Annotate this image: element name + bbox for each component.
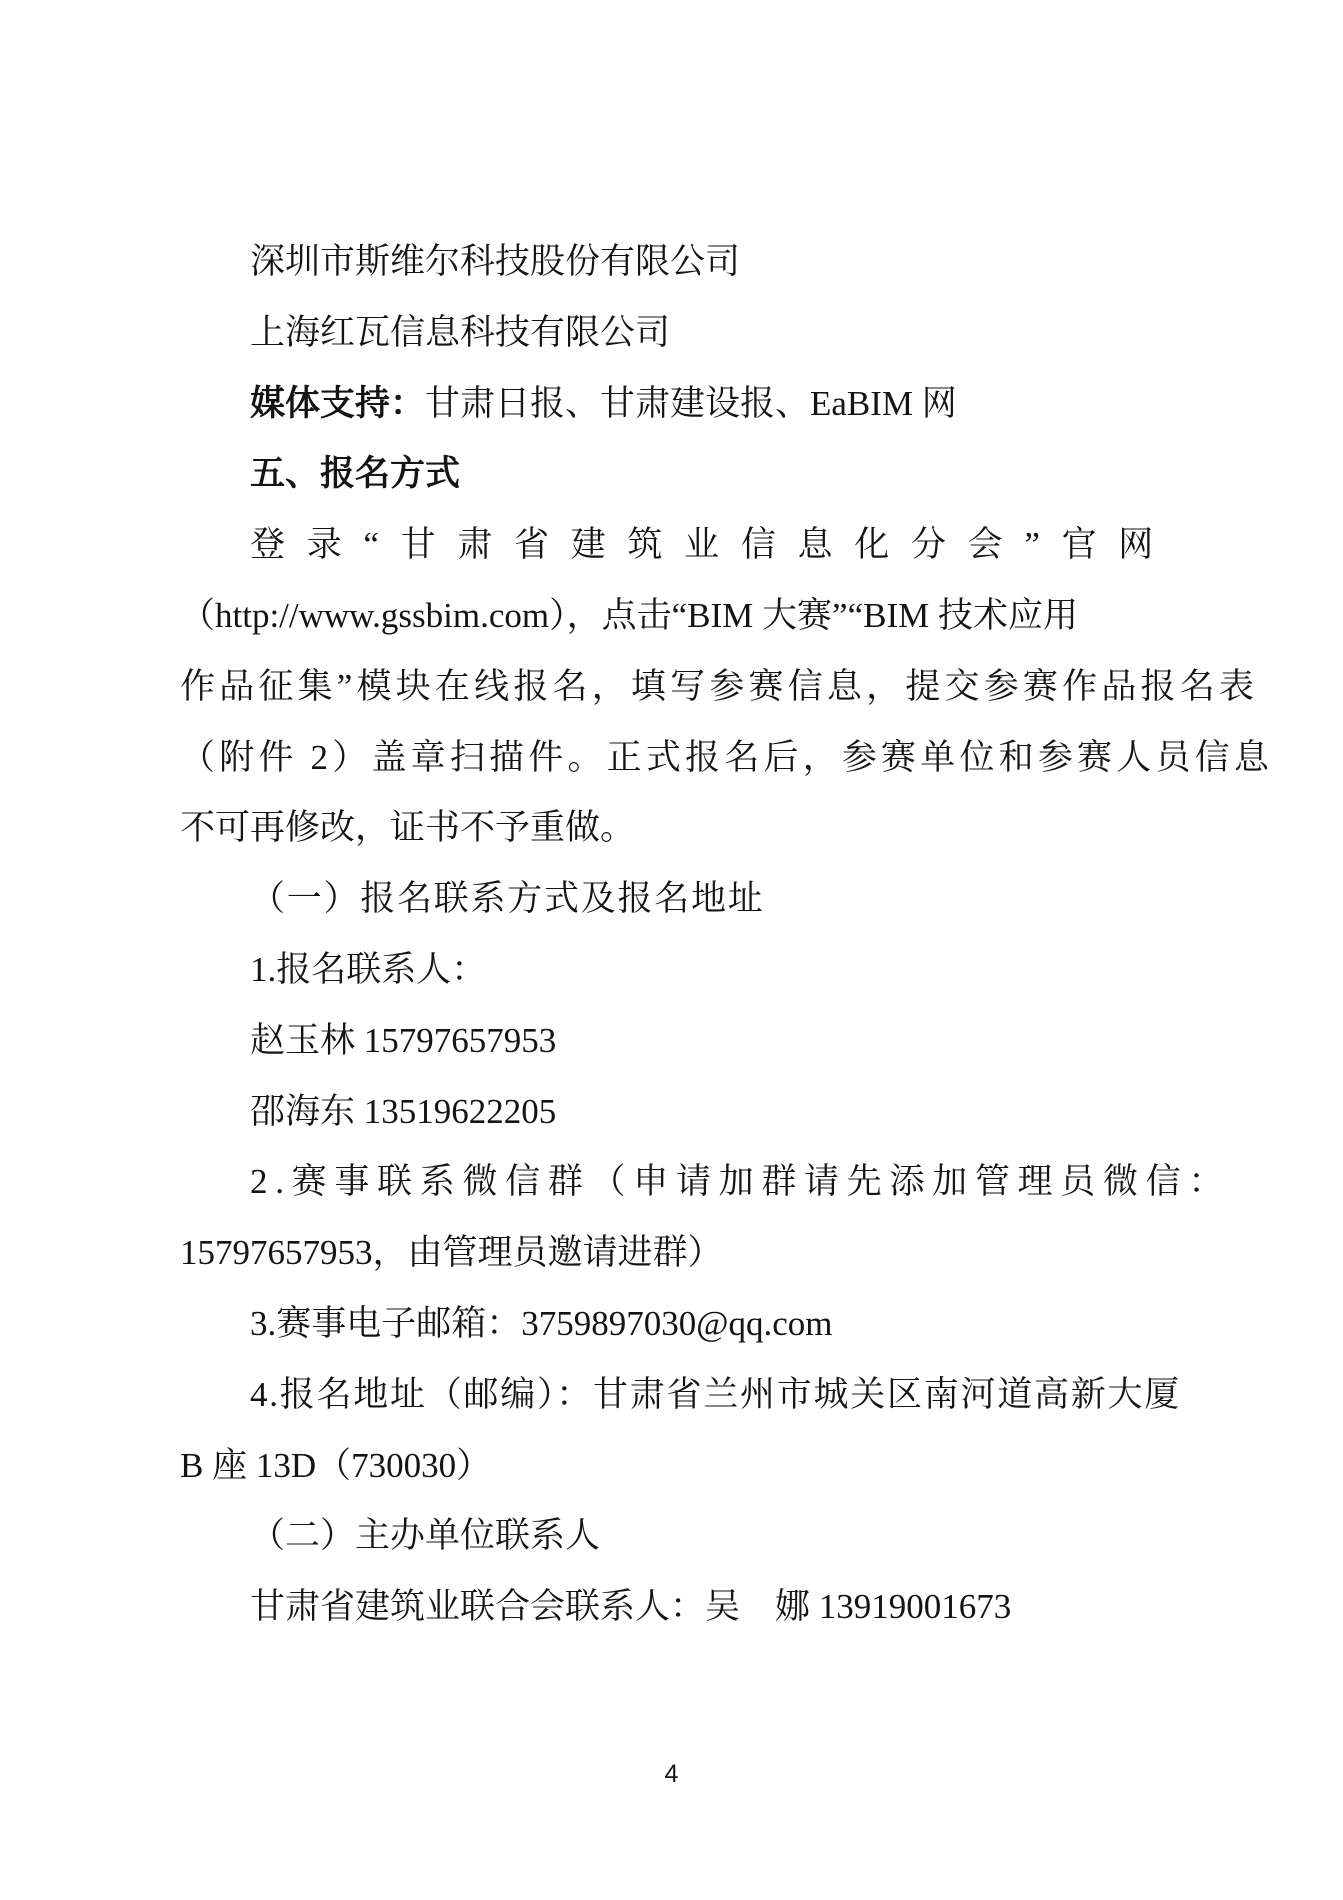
supporting-company-name: 上海红瓦信息科技有限公司 xyxy=(180,298,1202,369)
list-item-contacts: 1.报名联系人： xyxy=(180,935,1202,1006)
organizer-contact-line: 甘肃省建筑业联合会联系人：吴 娜 13919001673 xyxy=(180,1572,1202,1643)
subsection-heading-contact: （一）报名联系方式及报名地址 xyxy=(180,864,1202,935)
subsection-heading-organizer-contact: （二）主办单位联系人 xyxy=(180,1501,1202,1572)
document-page: 深圳市斯维尔科技股份有限公司 上海红瓦信息科技有限公司 媒体支持：甘肃日报、甘肃… xyxy=(0,0,1343,1900)
list-item-wechat-group: 2.赛事联系微信群（申请加群请先添加管理员微信： xyxy=(180,1147,1202,1218)
contact-name-phone: 邵海东 13519622205 xyxy=(180,1077,1202,1148)
document-body: 深圳市斯维尔科技股份有限公司 上海红瓦信息科技有限公司 媒体支持：甘肃日报、甘肃… xyxy=(180,227,1202,1643)
list-item-address: B 座 13D（730030） xyxy=(180,1431,1202,1502)
paragraph-line: 不可再修改，证书不予重做。 xyxy=(180,793,1202,864)
paragraph-line: （http://www.gssbim.com），点击“BIM 大赛”“BIM 技… xyxy=(180,581,1202,652)
supporting-company-name: 深圳市斯维尔科技股份有限公司 xyxy=(180,227,1202,298)
paragraph-line: 作品征集”模块在线报名，填写参赛信息，提交参赛作品报名表 xyxy=(180,652,1202,723)
section-heading-registration: 五、报名方式 xyxy=(180,439,1202,510)
media-support-value: 甘肃日报、甘肃建设报、EaBIM 网 xyxy=(425,384,957,423)
list-item-wechat-group: 15797657953，由管理员邀请进群） xyxy=(180,1218,1202,1289)
list-item-email: 3.赛事电子邮箱：3759897030@qq.com xyxy=(180,1289,1202,1360)
media-support-line: 媒体支持：甘肃日报、甘肃建设报、EaBIM 网 xyxy=(180,369,1202,440)
paragraph-line: 登录“甘肃省建筑业信息化分会”官网 xyxy=(180,510,1202,581)
media-support-label: 媒体支持： xyxy=(250,384,425,423)
list-item-address: 4.报名地址（邮编）：甘肃省兰州市城关区南河道高新大厦 xyxy=(180,1360,1202,1431)
contact-name-phone: 赵玉林 15797657953 xyxy=(180,1006,1202,1077)
paragraph-line: （附件 2）盖章扫描件。正式报名后，参赛单位和参赛人员信息 xyxy=(180,723,1202,794)
page-number: 4 xyxy=(0,1760,1343,1789)
